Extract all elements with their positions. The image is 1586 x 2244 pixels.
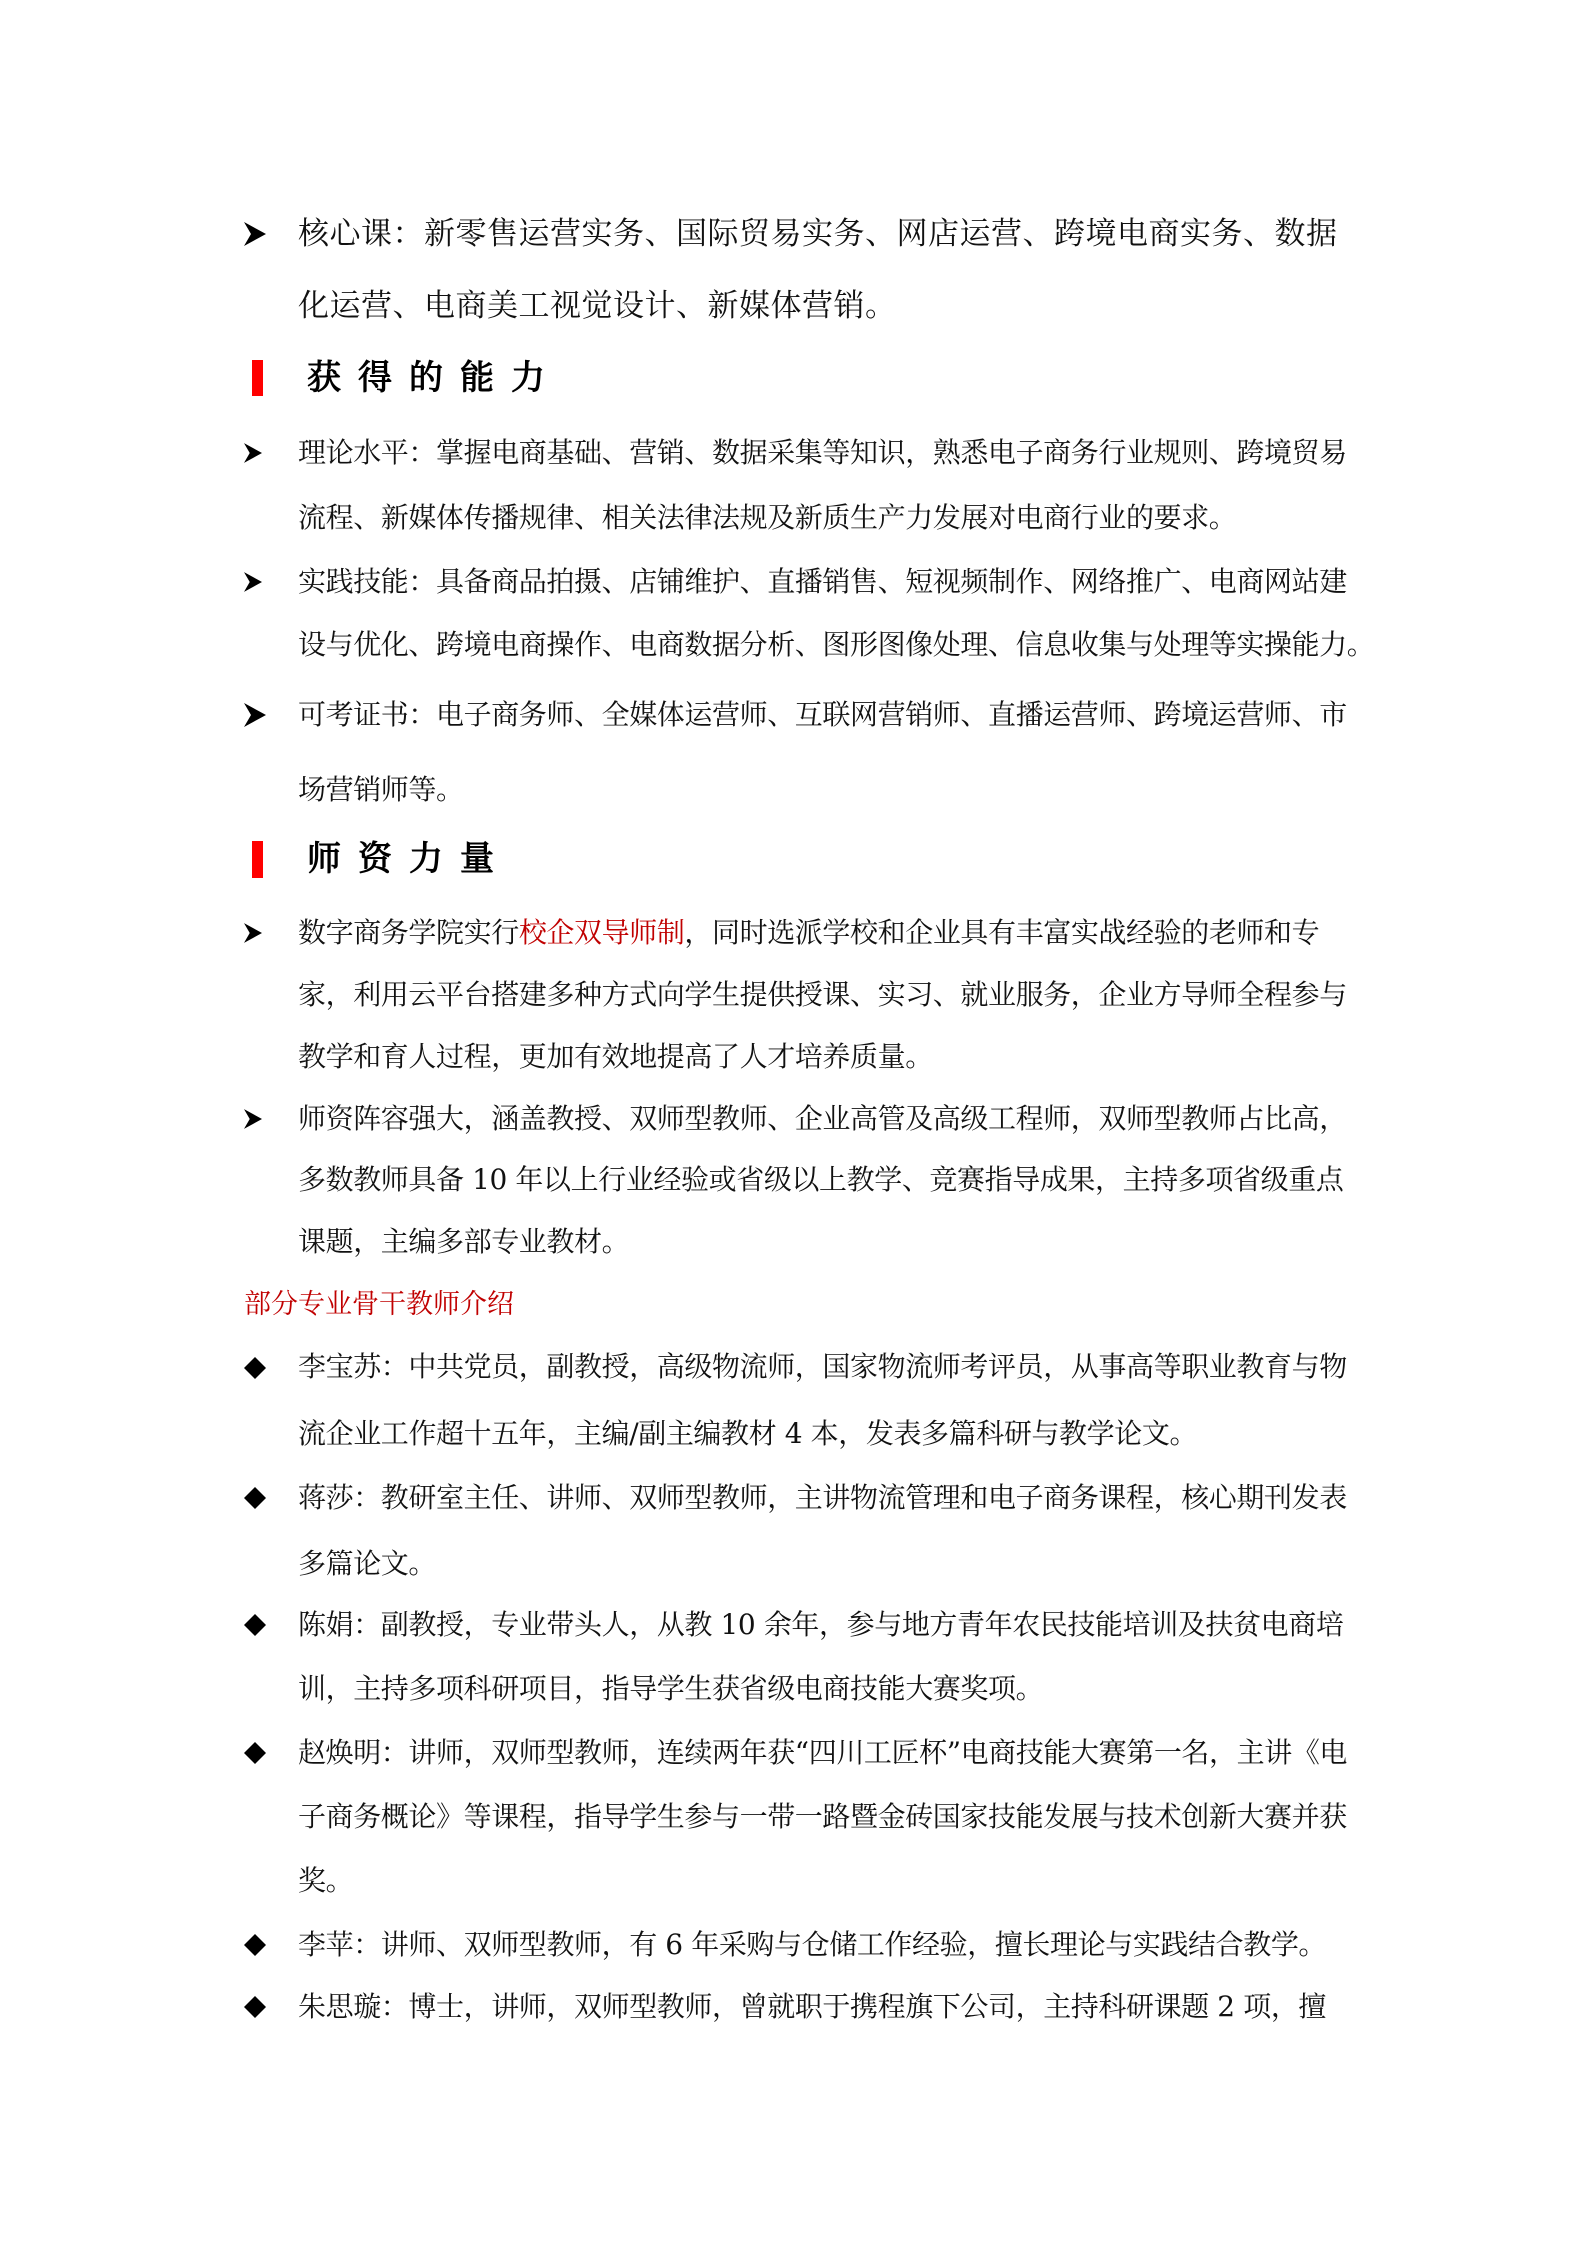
faculty-strength-line-2: 多数教师具备 10 年以上行业经验或省级以上教学、竞赛指导成果，主持多项省级重点 xyxy=(298,1166,1343,1194)
diamond-bullet-icon xyxy=(244,1614,266,1636)
faculty-dual-mentor-line-2: 家，利用云平台搭建多种方式向学生提供授课、实习、就业服务，企业方导师全程参与 xyxy=(298,981,1347,1009)
teacher-jiang-sha-line-1: 蒋莎：教研室主任、讲师、双师型教师，主讲物流管理和电子商务课程，核心期刊发表 xyxy=(298,1484,1347,1512)
arrow-bullet-icon xyxy=(244,702,266,728)
core-courses-line-1: 核心课：新零售运营实务、国际贸易实务、网店运营、跨境电商实务、数据 xyxy=(298,219,1338,250)
teacher-li-ping-line-1: 李苹：讲师、双师型教师，有 6 年采购与仓储工作经验，擅长理论与实践结合教学。 xyxy=(298,1931,1326,1959)
arrow-bullet-icon xyxy=(244,923,262,943)
faculty-dual-mentor-line-3: 教学和育人过程，更加有效地提高了人才培养质量。 xyxy=(298,1043,933,1071)
ability-certificates-line-2: 场营销师等。 xyxy=(298,776,464,804)
diamond-bullet-icon xyxy=(244,1357,266,1379)
diamond-bullet-icon xyxy=(244,1934,266,1956)
ability-theory-line-2: 流程、新媒体传播规律、相关法律法规及新质生产力发展对电商行业的要求。 xyxy=(298,504,1236,532)
ability-practice-line-2: 设与优化、跨境电商操作、电商数据分析、图形图像处理、信息收集与处理等实操能力。 xyxy=(298,631,1374,659)
core-courses-line-2: 化运营、电商美工视觉设计、新媒体营销。 xyxy=(298,291,897,322)
subheading-key-teachers: 部分专业骨干教师介绍 xyxy=(244,1291,514,1318)
dual-mentor-prefix: 数字商务学院实行 xyxy=(298,916,519,949)
teacher-zhao-huanming-line-2: 子商务概论》等课程，指导学生参与一带一路暨金砖国家技能发展与技术创新大赛并获 xyxy=(298,1803,1347,1831)
dual-mentor-suffix: ，同时选派学校和企业具有丰富实战经验的老师和专 xyxy=(684,916,1319,949)
heading-bar-faculty xyxy=(252,841,263,878)
teacher-zhao-huanming-line-3: 奖。 xyxy=(298,1867,353,1895)
diamond-bullet-icon xyxy=(244,1487,266,1509)
faculty-dual-mentor-line-1: 数字商务学院实行校企双导师制，同时选派学校和企业具有丰富实战经验的老师和专 xyxy=(298,919,1319,947)
ability-practice-line-1: 实践技能：具备商品拍摄、店铺维护、直播销售、短视频制作、网络推广、电商网站建 xyxy=(298,568,1347,596)
dual-mentor-highlight: 校企双导师制 xyxy=(519,916,685,949)
arrow-bullet-icon xyxy=(244,1109,262,1129)
faculty-strength-line-1: 师资阵容强大，涵盖教授、双师型教师、企业高管及高级工程师，双师型教师占比高， xyxy=(298,1105,1347,1133)
ability-certificates-line-1: 可考证书：电子商务师、全媒体运营师、互联网营销师、直播运营师、跨境运营师、市 xyxy=(298,701,1347,729)
section-heading-abilities: 获得的能力 xyxy=(307,361,562,395)
diamond-bullet-icon xyxy=(244,1996,266,2018)
teacher-li-baosu-line-1: 李宝苏：中共党员，副教授，高级物流师，国家物流师考评员，从事高等职业教育与物 xyxy=(298,1353,1347,1381)
arrow-bullet-icon xyxy=(244,572,262,592)
section-heading-faculty: 师资力量 xyxy=(307,842,511,876)
teacher-li-baosu-line-2: 流企业工作超十五年，主编/副主编教材 4 本，发表多篇科研与教学论文。 xyxy=(298,1420,1197,1448)
teacher-zhao-huanming-line-1: 赵焕明：讲师，双师型教师，连续两年获“四川工匠杯”电商技能大赛第一名，主讲《电 xyxy=(298,1739,1347,1767)
diamond-bullet-icon xyxy=(244,1742,266,1764)
teacher-jiang-sha-line-2: 多篇论文。 xyxy=(298,1550,436,1578)
faculty-strength-line-3: 课题，主编多部专业教材。 xyxy=(298,1228,629,1256)
teacher-chen-juan-line-2: 训，主持多项科研项目，指导学生获省级电商技能大赛奖项。 xyxy=(298,1675,1043,1703)
teacher-chen-juan-line-1: 陈娟：副教授，专业带头人，从教 10 余年，参与地方青年农民技能培训及扶贫电商培 xyxy=(298,1611,1343,1639)
arrow-bullet-icon xyxy=(244,443,262,463)
ability-theory-line-1: 理论水平：掌握电商基础、营销、数据采集等知识，熟悉电子商务行业规则、跨境贸易 xyxy=(298,439,1347,467)
document-page: 核心课：新零售运营实务、国际贸易实务、网店运营、跨境电商实务、数据 化运营、电商… xyxy=(0,0,1586,2244)
heading-bar-abilities xyxy=(252,360,263,396)
arrow-bullet-icon xyxy=(244,222,266,246)
teacher-zhu-sixuan-line-1: 朱思璇：博士，讲师，双师型教师，曾就职于携程旗下公司，主持科研课题 2 项，擅 xyxy=(298,1993,1326,2021)
